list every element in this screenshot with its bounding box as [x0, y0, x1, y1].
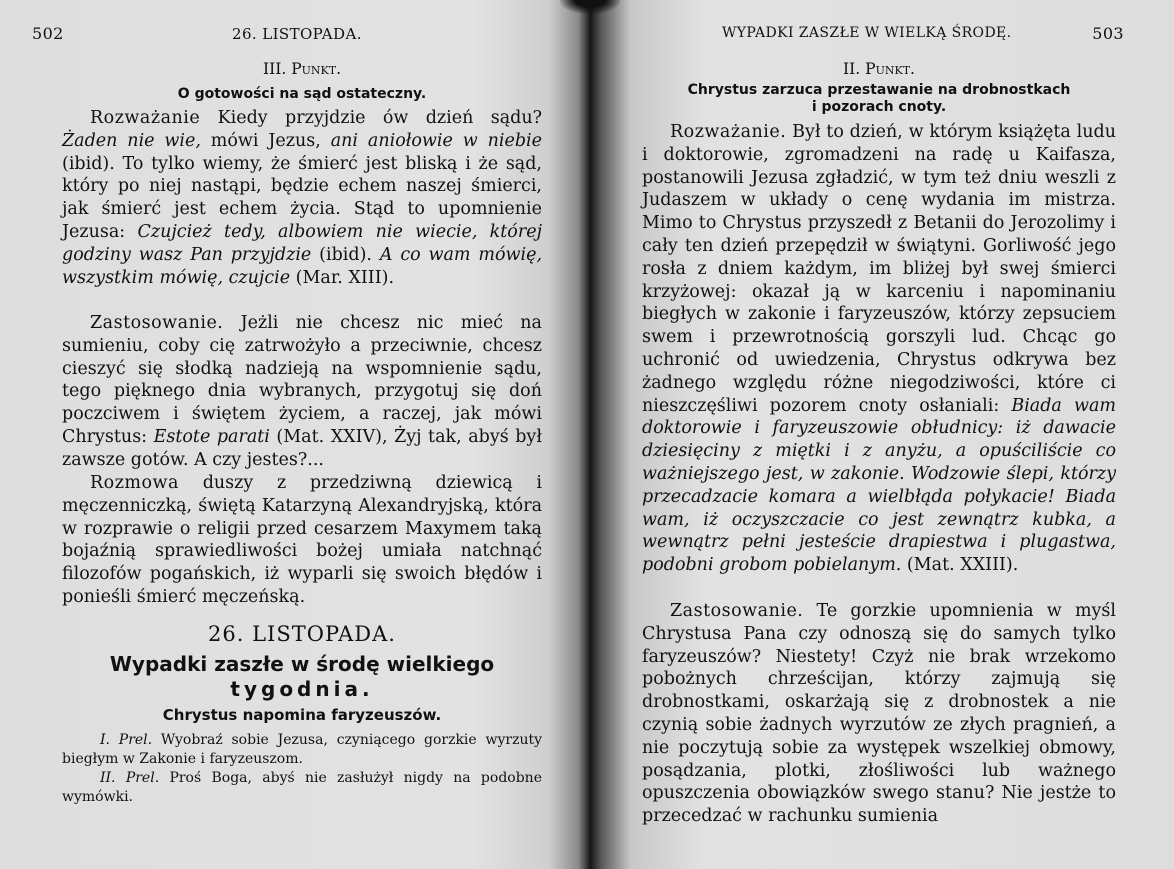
application-paragraph: Zastosowanie. Te gorzkie upomnienia w my…: [642, 600, 1116, 828]
book-spread: 502 26. LISTOPADA. III. Punkt. O gotowoś…: [0, 0, 1174, 869]
meditation-paragraph: Rozważanie Kiedy przyjdzie ów dzień sądu…: [62, 107, 542, 289]
section-date-title: 26. LISTOPADA.: [62, 622, 542, 646]
text-run: Był to dzień, w którym książęta ludu i d…: [642, 122, 1116, 416]
section-title-line: Wypadki zaszłe w środę wielkiego: [62, 652, 542, 677]
page-number: 502: [32, 24, 64, 43]
punkt-heading: O gotowości na sąd ostateczny.: [62, 86, 542, 103]
section-title-line: tygodnia.: [62, 677, 542, 702]
punkt-heading-line: i pozorach cnoty.: [642, 99, 1116, 116]
colloquy-lead: Rozmowa: [90, 473, 179, 493]
book-spine-shadow: [560, 0, 620, 14]
running-title: WYPADKI ZASZŁE W WIELKĄ ŚRODĘ.: [722, 25, 1012, 41]
punkt-heading: Chrystus zarzuca przestawanie na drobnos…: [642, 82, 1116, 116]
text-run: (ibid).: [311, 245, 380, 265]
page-number: 503: [1092, 24, 1124, 43]
running-header: 502 26. LISTOPADA.: [62, 24, 542, 48]
prelude-label: II. Prel.: [100, 770, 159, 786]
text-run: Kiedy przyjdzie ów dzień sądu?: [200, 108, 542, 128]
meditation-lead: Rozważanie.: [670, 122, 786, 142]
running-title: 26. LISTOPADA.: [232, 25, 362, 43]
quote-italic: Estote parati: [154, 427, 270, 447]
punkt-label: III. Punkt.: [62, 60, 542, 78]
punkt-label: II. Punkt.: [642, 60, 1116, 78]
text-run: duszy z przedziwną dziewicą i męczennicz…: [62, 473, 542, 607]
meditation-paragraph: Rozważanie. Był to dzień, w którym książ…: [642, 121, 1116, 577]
prelude-item: II. Prel. Proś Boga, abyś nie zasłużył n…: [62, 769, 542, 807]
section-title: Wypadki zaszłe w środę wielkiego tygodni…: [62, 652, 542, 702]
punkt-heading-line: Chrystus zarzuca przestawanie na drobnos…: [642, 82, 1116, 99]
prelude-item: I. Prel. Wyobraź sobie Jezusa, czyniąceg…: [62, 731, 542, 769]
colloquy-paragraph: Rozmowa duszy z przedziwną dziewicą i mę…: [62, 472, 542, 609]
text-run: mówi Jezus,: [201, 131, 331, 151]
text-run: (Mar. XIII).: [290, 268, 394, 288]
quote-italic: Biada wam doktorowie i faryzeuszowie obł…: [642, 396, 1116, 576]
text-run: Te gorzkie upomnienia w myśl Chrystusa P…: [642, 601, 1116, 826]
meditation-lead: Rozważanie: [90, 108, 200, 128]
running-header: WYPADKI ZASZŁE W WIELKĄ ŚRODĘ. 503: [642, 24, 1116, 48]
text-run: (Mat. XXIII).: [901, 555, 1018, 575]
application-paragraph: Zastosowanie. Jeżli nie chcesz nic mieć …: [62, 312, 542, 472]
application-lead: Zastosowanie.: [670, 601, 803, 621]
application-lead: Zastosowanie.: [90, 313, 223, 333]
quote-italic: Żaden nie wie,: [62, 131, 201, 151]
section-subtitle: Chrystus napomina faryzeuszów.: [62, 706, 542, 724]
left-page: 502 26. LISTOPADA. III. Punkt. O gotowoś…: [0, 0, 590, 869]
quote-italic: ani aniołowie w niebie: [331, 131, 542, 151]
prelude-label: I. Prel.: [100, 732, 152, 748]
right-page: WYPADKI ZASZŁE W WIELKĄ ŚRODĘ. 503 II. P…: [590, 0, 1174, 869]
preludes: I. Prel. Wyobraź sobie Jezusa, czyniąceg…: [62, 731, 542, 807]
